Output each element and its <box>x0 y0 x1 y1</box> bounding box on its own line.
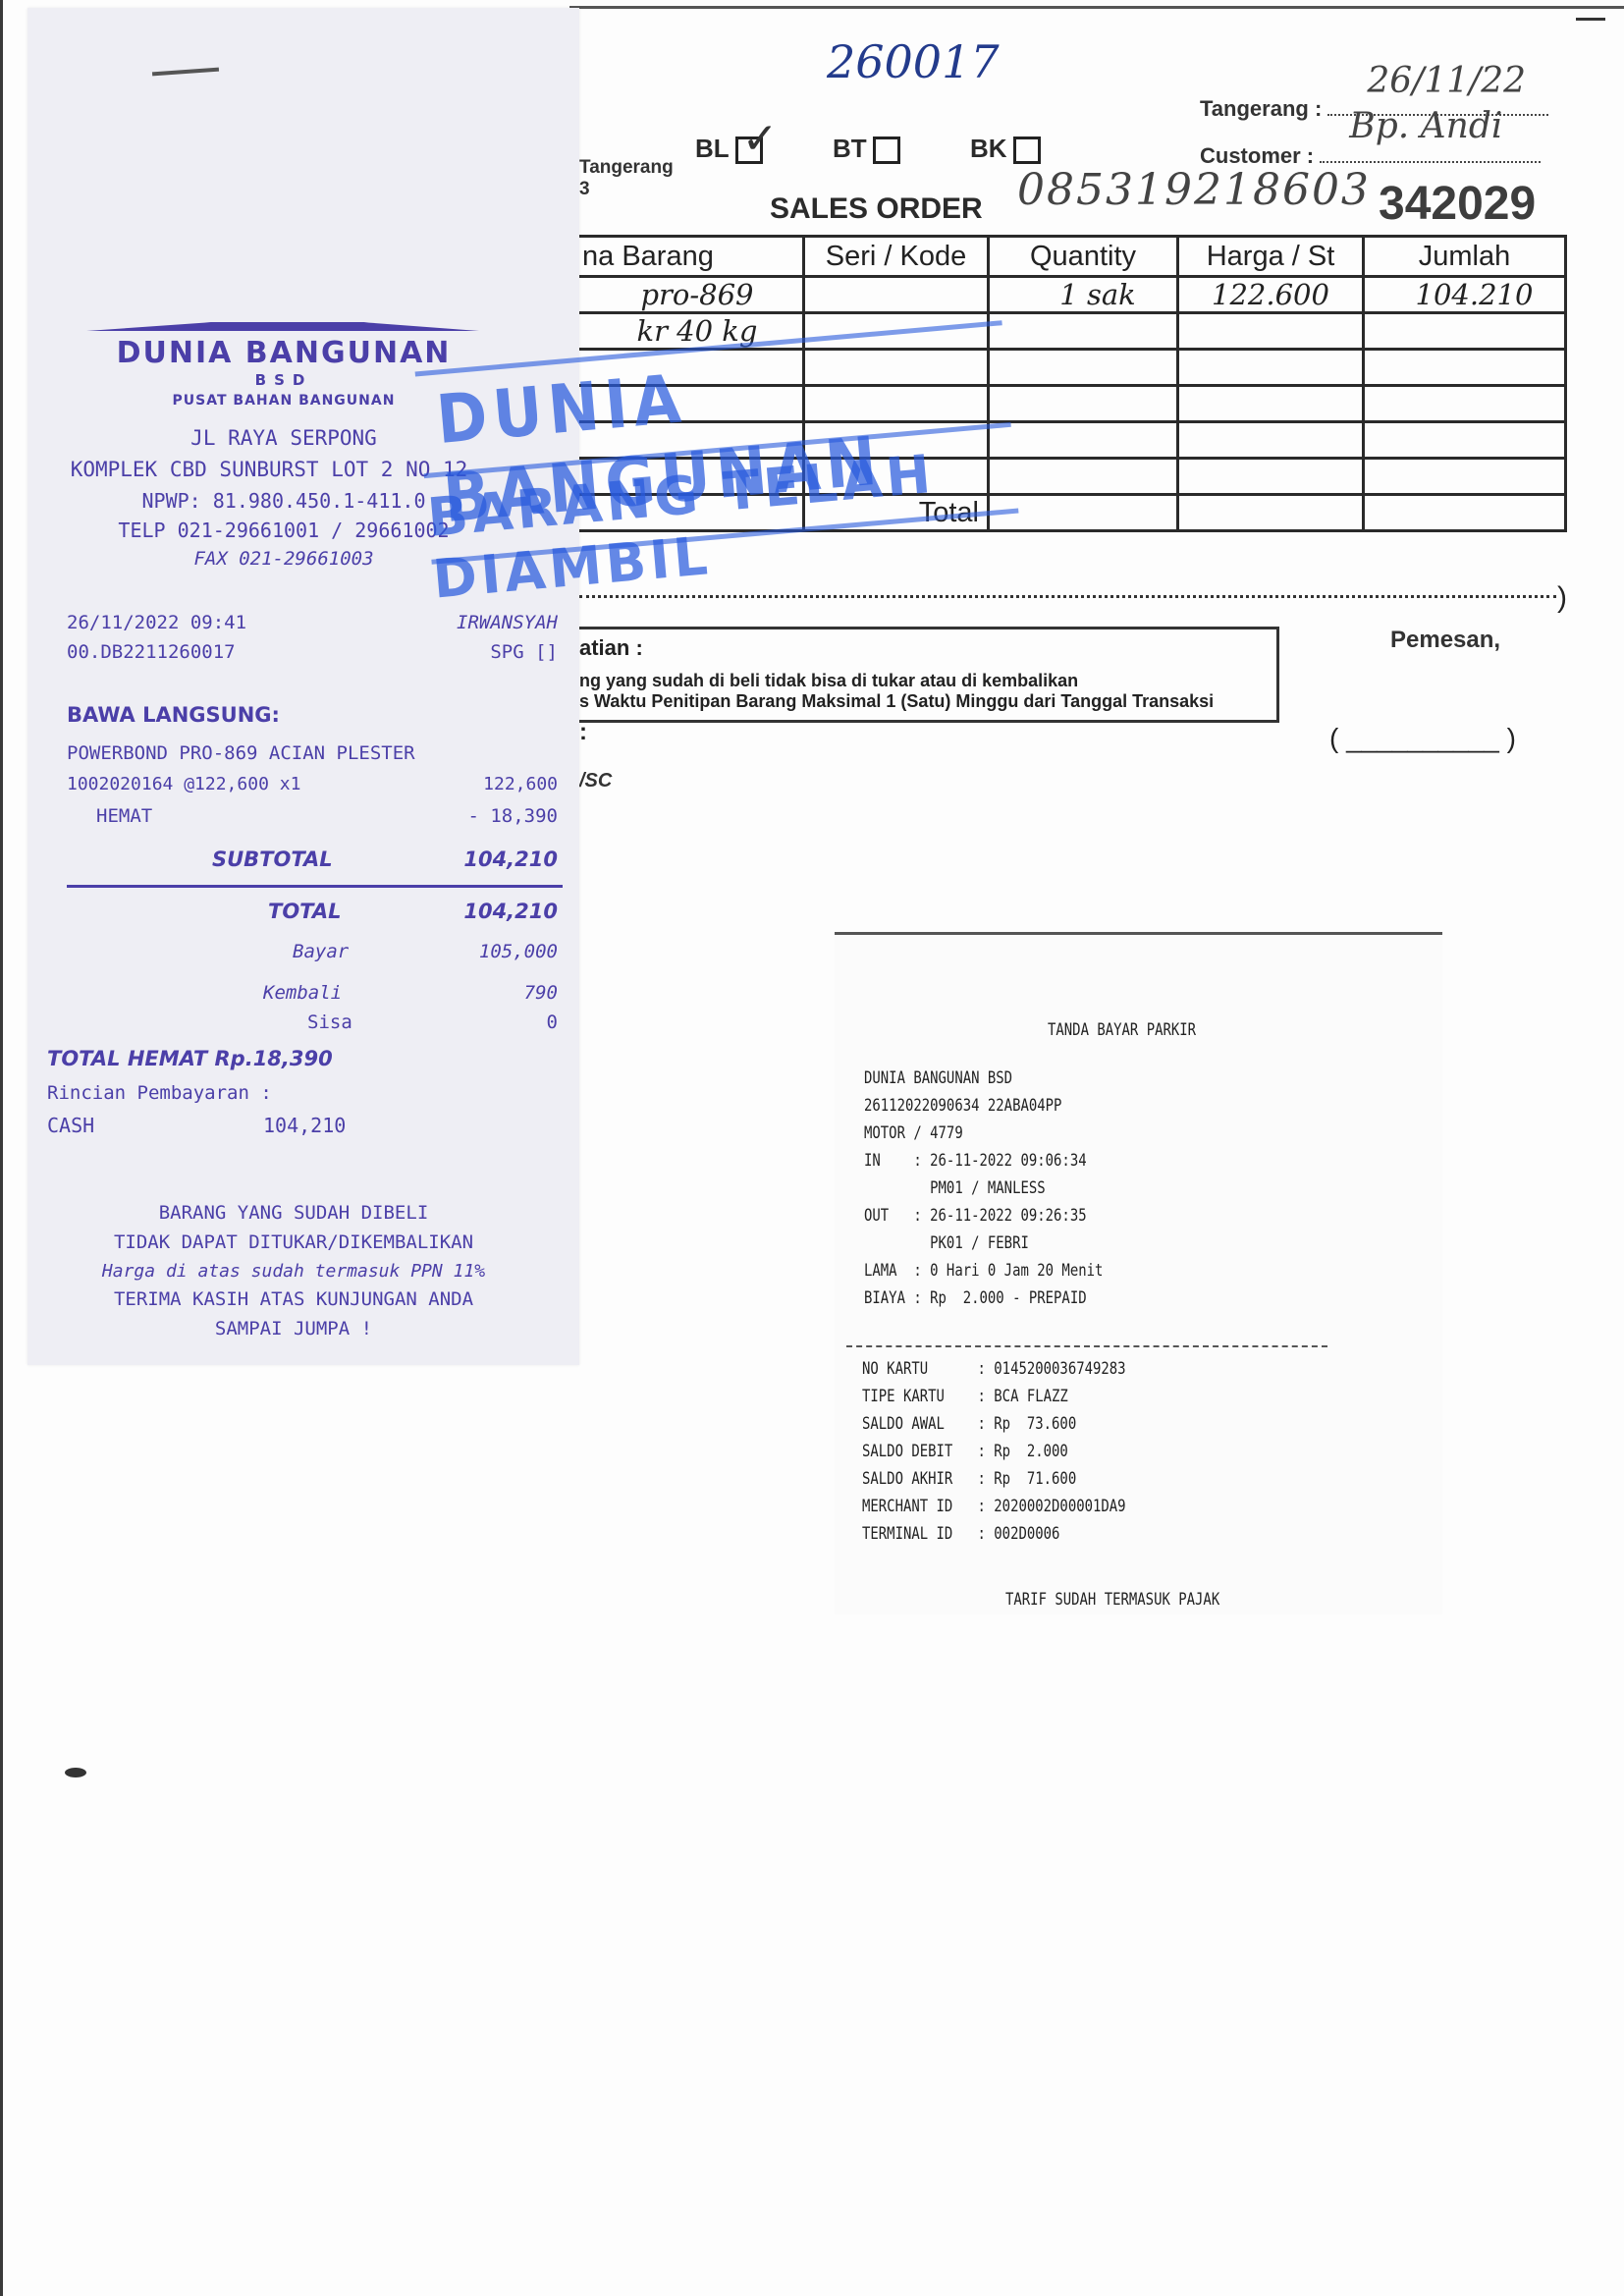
company-city: Tangerang <box>579 157 674 179</box>
col-header-name: na Barang <box>552 237 804 277</box>
card-line: MERCHANT ID : 2020002D00001DA9 <box>862 1497 1126 1524</box>
card-line: TERMINAL ID : 002D0006 <box>862 1524 1126 1552</box>
scan-mark <box>1576 18 1605 21</box>
receipt-footer-4: TERIMA KASIH ATAS KUNJUNGAN ANDA <box>8 1288 579 1310</box>
taken-stamp: DUNIA BANGUNAN BARANG TELAH DIAMBIL <box>413 299 1021 584</box>
form-title: SALES ORDER <box>770 192 983 226</box>
cell-quantity[interactable] <box>989 422 1178 459</box>
col-header-quantity: Quantity <box>989 237 1178 277</box>
payment-detail-label: Rincian Pembayaran : <box>47 1082 538 1104</box>
item-line: 1002020164 @122,600 x1 122,600 <box>67 774 558 794</box>
transaction-number: 00.DB2211260017 <box>67 641 236 663</box>
receipt-footer-1: BARANG YANG SUDAH DIBELI <box>8 1202 579 1224</box>
cell-price[interactable] <box>1178 459 1364 495</box>
cell-price[interactable]: 122.600 <box>1178 277 1364 313</box>
delivery-option-label: BT <box>833 134 867 163</box>
receipt-section: BAWA LANGSUNG: <box>67 703 558 727</box>
subtotal-line: SUBTOTAL 104,210 <box>67 847 558 871</box>
checkbox-bl[interactable]: ✓ <box>735 137 763 164</box>
card-line: SALDO DEBIT : Rp 2.000 <box>862 1442 1126 1469</box>
parking-details: DUNIA BANGUNAN BSD 26112022090634 22ABA0… <box>864 1068 1156 1316</box>
parking-title: TANDA BAYAR PARKIR <box>1048 1020 1196 1040</box>
footer-code: /SC <box>579 770 612 793</box>
checkbox-bt[interactable] <box>873 137 900 164</box>
payment-amount: 104,210 <box>263 1114 346 1137</box>
cell-amount[interactable] <box>1364 350 1566 386</box>
receipt-header-row: 26/11/2022 09:41 IRWANSYAH <box>67 612 558 633</box>
item-code-price: 1002020164 @122,600 x1 <box>67 774 300 794</box>
cell-total-amount[interactable] <box>1364 495 1566 531</box>
receipt-header-row: 00.DB2211260017 SPG [] <box>67 641 558 663</box>
parking-line: 26112022090634 22ABA04PP <box>864 1096 1103 1123</box>
signature-line[interactable]: ( __________ ) <box>1329 723 1516 754</box>
store-receipt: DUNIA BANGUNAN BSD PUSAT BAHAN BANGUNAN … <box>27 8 579 1365</box>
kembali-amount: 790 <box>524 982 558 1004</box>
parking-line: PM01 / MANLESS <box>864 1178 1103 1206</box>
order-number: 342029 <box>1379 177 1536 231</box>
card-line: SALDO AWAL : Rp 73.600 <box>862 1414 1126 1442</box>
discount-line: HEMAT - 18,390 <box>67 805 558 827</box>
date-label: Tangerang : <box>1200 96 1322 121</box>
table-row: pro-869 1 sak 122.600 104.210 <box>552 277 1566 313</box>
check-icon: ✓ <box>742 118 779 161</box>
ink-spot <box>65 1768 86 1777</box>
customer-line[interactable]: Bp. Andi <box>1320 141 1541 163</box>
parking-line: LAMA : 0 Hari 0 Jam 20 Menit <box>864 1261 1103 1288</box>
total-label: TOTAL <box>67 900 342 923</box>
sisa-label: Sisa <box>307 1011 352 1033</box>
parking-line: PK01 / FEBRI <box>864 1233 1103 1261</box>
bayar-amount: 105,000 <box>479 941 558 962</box>
cell-price[interactable] <box>1178 422 1364 459</box>
item-amount: 122,600 <box>483 774 558 794</box>
cell-quantity[interactable]: 1 sak <box>989 277 1178 313</box>
item-name: POWERBOND PRO-869 ACIAN PLESTER <box>67 742 558 764</box>
staple-mark <box>152 68 219 77</box>
customer-field: Customer : Bp. Andi <box>1200 141 1541 169</box>
dotted-line-close-paren: ) <box>1557 581 1567 615</box>
checkbox-bk[interactable] <box>1013 137 1041 164</box>
colon-mark: : <box>579 719 587 746</box>
payment-line: CASH 104,210 <box>47 1114 538 1137</box>
logo-roof-icon <box>86 317 479 331</box>
signature-label: Pemesan, <box>1390 627 1500 654</box>
parking-receipt: TANDA BAYAR PARKIR DUNIA BANGUNAN BSD 26… <box>835 932 1442 1614</box>
notes-title: atian : <box>579 635 643 661</box>
cell-amount[interactable] <box>1364 459 1566 495</box>
cell-total-price[interactable] <box>1178 495 1364 531</box>
cell-name[interactable]: pro-869 <box>552 277 804 313</box>
col-header-price: Harga / St <box>1178 237 1364 277</box>
parking-divider <box>846 1345 1327 1347</box>
cell-amount[interactable] <box>1364 386 1566 422</box>
handwritten-ref: 260017 <box>827 35 1000 88</box>
card-details: NO KARTU : 0145200036749283 TIPE KARTU :… <box>862 1359 1184 1552</box>
cell-amount[interactable] <box>1364 313 1566 350</box>
delivery-option-bt[interactable]: BT <box>833 134 900 164</box>
cell-quantity[interactable] <box>989 386 1178 422</box>
total-savings: TOTAL HEMAT Rp.18,390 <box>47 1047 538 1070</box>
card-line: NO KARTU : 0145200036749283 <box>862 1359 1126 1387</box>
subtotal-label: SUBTOTAL <box>67 847 333 871</box>
note-2: s Waktu Penitipan Barang Maksimal 1 (Sat… <box>579 691 1214 712</box>
table-header-row: na Barang Seri / Kode Quantity Harga / S… <box>552 237 1566 277</box>
cell-quantity[interactable] <box>989 350 1178 386</box>
kembali-label: Kembali <box>263 982 342 1004</box>
delivery-option-bk[interactable]: BK <box>970 134 1041 164</box>
discount-label: HEMAT <box>67 805 152 827</box>
delivery-option-bl[interactable]: BL✓ <box>695 134 763 164</box>
total-line: TOTAL 104,210 <box>67 900 558 923</box>
receipt-footer-3: Harga di atas sudah termasuk PPN 11% <box>8 1261 579 1282</box>
card-line: TIPE KARTU : BCA FLAZZ <box>862 1387 1126 1414</box>
discount-amount: - 18,390 <box>467 805 558 827</box>
cell-price[interactable] <box>1178 313 1364 350</box>
cell-quantity[interactable] <box>989 313 1178 350</box>
col-header-amount: Jumlah <box>1364 237 1566 277</box>
cell-price[interactable] <box>1178 386 1364 422</box>
parking-line: MOTOR / 4779 <box>864 1123 1103 1151</box>
receipt-datetime: 26/11/2022 09:41 <box>67 612 246 633</box>
subtotal-amount: 104,210 <box>463 847 558 871</box>
delivery-option-label: BK <box>970 134 1007 163</box>
cell-quantity[interactable] <box>989 459 1178 495</box>
parking-footer: TARIF SUDAH TERMASUK PAJAK <box>1005 1590 1219 1610</box>
date-value: 26/11/22 <box>1367 61 1526 101</box>
receipt-footer-2: TIDAK DAPAT DITUKAR/DIKEMBALIKAN <box>8 1231 579 1253</box>
bayar-label: Bayar <box>293 941 349 962</box>
dotted-line <box>579 595 1556 598</box>
parking-line: IN : 26-11-2022 09:06:34 <box>864 1151 1103 1178</box>
notes-box: atian : ng yang sudah di beli tidak bisa… <box>569 627 1279 723</box>
customer-value: Bp. Andi <box>1349 106 1502 146</box>
spg-code: SPG [] <box>490 641 558 663</box>
page-top-border <box>569 6 1624 9</box>
parking-line: OUT : 26-11-2022 09:26:35 <box>864 1206 1103 1233</box>
sisa-amount: 0 <box>547 1011 558 1033</box>
col-header-code: Seri / Kode <box>804 237 989 277</box>
cell-amount[interactable] <box>1364 422 1566 459</box>
receipt-footer-5: SAMPAI JUMPA ! <box>8 1318 579 1339</box>
parking-line: DUNIA BANGUNAN BSD <box>864 1068 1103 1096</box>
parking-line: BIAYA : Rp 2.000 - PREPAID <box>864 1288 1103 1316</box>
customer-label: Customer : <box>1200 143 1314 168</box>
cell-price[interactable] <box>1178 350 1364 386</box>
total-amount: 104,210 <box>463 900 558 923</box>
handwritten-phone: 085319218603 <box>1017 165 1371 215</box>
company-line2: 3 <box>579 179 590 200</box>
payment-method: CASH <box>47 1114 94 1137</box>
receipt-divider <box>67 885 563 888</box>
delivery-option-label: BL <box>695 134 730 163</box>
card-line: SALDO AKHIR : Rp 71.600 <box>862 1469 1126 1497</box>
cashier-name: IRWANSYAH <box>457 612 558 633</box>
note-1: ng yang sudah di beli tidak bisa di tuka… <box>579 671 1078 691</box>
cell-amount[interactable]: 104.210 <box>1364 277 1566 313</box>
